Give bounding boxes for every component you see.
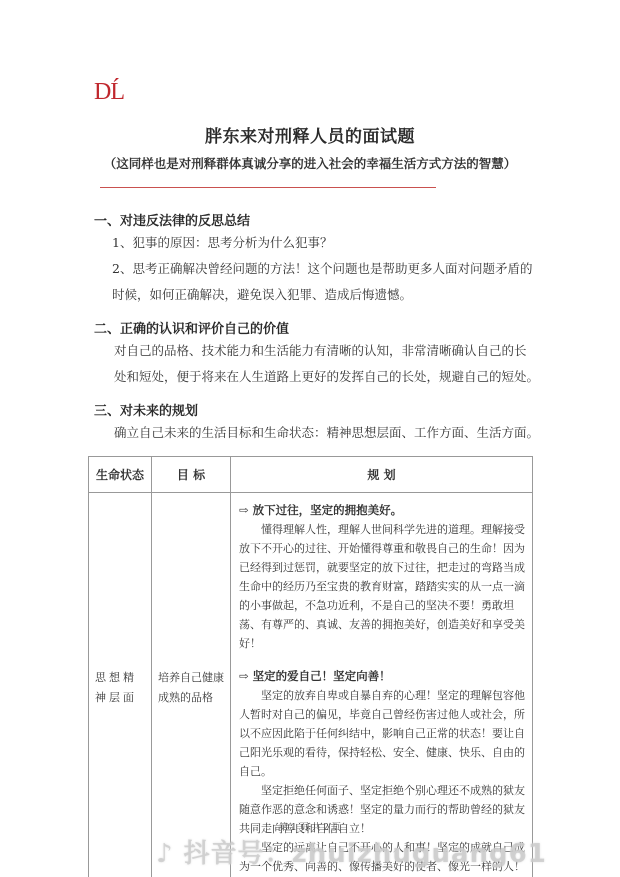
planning-table: 生命状态 目 标 规 划 思想精神层面 培养自己健康成熟的品格 ⇨ 放下过往，坚…: [88, 456, 533, 877]
title-divider: [100, 187, 436, 188]
section-3-text-1: 确立自己未来的生活目标和生命状态：精神思想层面、工作方面、生活方面。: [114, 420, 539, 446]
section-heading-1: 一、对违反法律的反思总结: [94, 210, 250, 229]
section-1-item-1: 1、犯事的原因：思考分析为什么犯事？: [112, 230, 332, 256]
plan-block-1-paragraph: 懂得理解人性，理解人世间科学先进的道理。理解接受放下不开心的过往、开始懂得尊重和…: [239, 520, 526, 653]
arrow-right-icon: ⇨: [239, 503, 249, 517]
section-2-text-1: 对自己的品格、技术能力和生活能力有清晰的认知，非常清晰确认自己的长: [114, 338, 527, 364]
header-plan: 规 划: [231, 457, 533, 493]
arrow-right-icon: ⇨: [239, 669, 249, 683]
header-life-state: 生命状态: [89, 457, 152, 493]
plan-block-1-heading: ⇨ 放下过往，坚定的拥抱美好。: [239, 501, 526, 520]
section-heading-3: 三、对未来的规划: [94, 400, 198, 419]
plan-block-2-heading: ⇨ 坚定的爱自己！坚定向善！: [239, 667, 526, 686]
section-heading-2: 二、正确的认识和评价自己的价值: [94, 318, 289, 337]
page-number: 第 1 页 共 2 页: [0, 820, 620, 833]
section-1-item-2-cont: 时候，如何正确解决，避免误入犯罪、造成后悔遗憾。: [112, 282, 412, 308]
plan-block-1: ⇨ 放下过往，坚定的拥抱美好。 懂得理解人性，理解人世间科学先进的道理。理解接受…: [239, 501, 526, 653]
douyin-watermark: ♪ 抖音号：zhuizhuguang61: [156, 833, 547, 870]
plan-block-2-paragraph-1: 坚定的放弃自卑或自暴自弃的心理！坚定的理解包容他人暂时对自己的偏见，毕竟自己曾经…: [239, 686, 526, 781]
document-title: 胖东来对刑释人员的面试题: [0, 122, 620, 147]
section-1-item-2: 2、思考正确解决曾经问题的方法！这个问题也是帮助更多人面对问题矛盾的: [112, 256, 532, 282]
document-subtitle: （这同样也是对刑释群体真诚分享的进入社会的幸福生活方式方法的智慧）: [0, 154, 620, 172]
section-2-text-2: 处和短处，便于将来在人生道路上更好的发挥自己的长处，规避自己的短处。: [114, 364, 539, 390]
logo: DĹ: [94, 80, 124, 104]
table-header-row: 生命状态 目 标 规 划: [89, 457, 533, 493]
header-goal: 目 标: [152, 457, 231, 493]
